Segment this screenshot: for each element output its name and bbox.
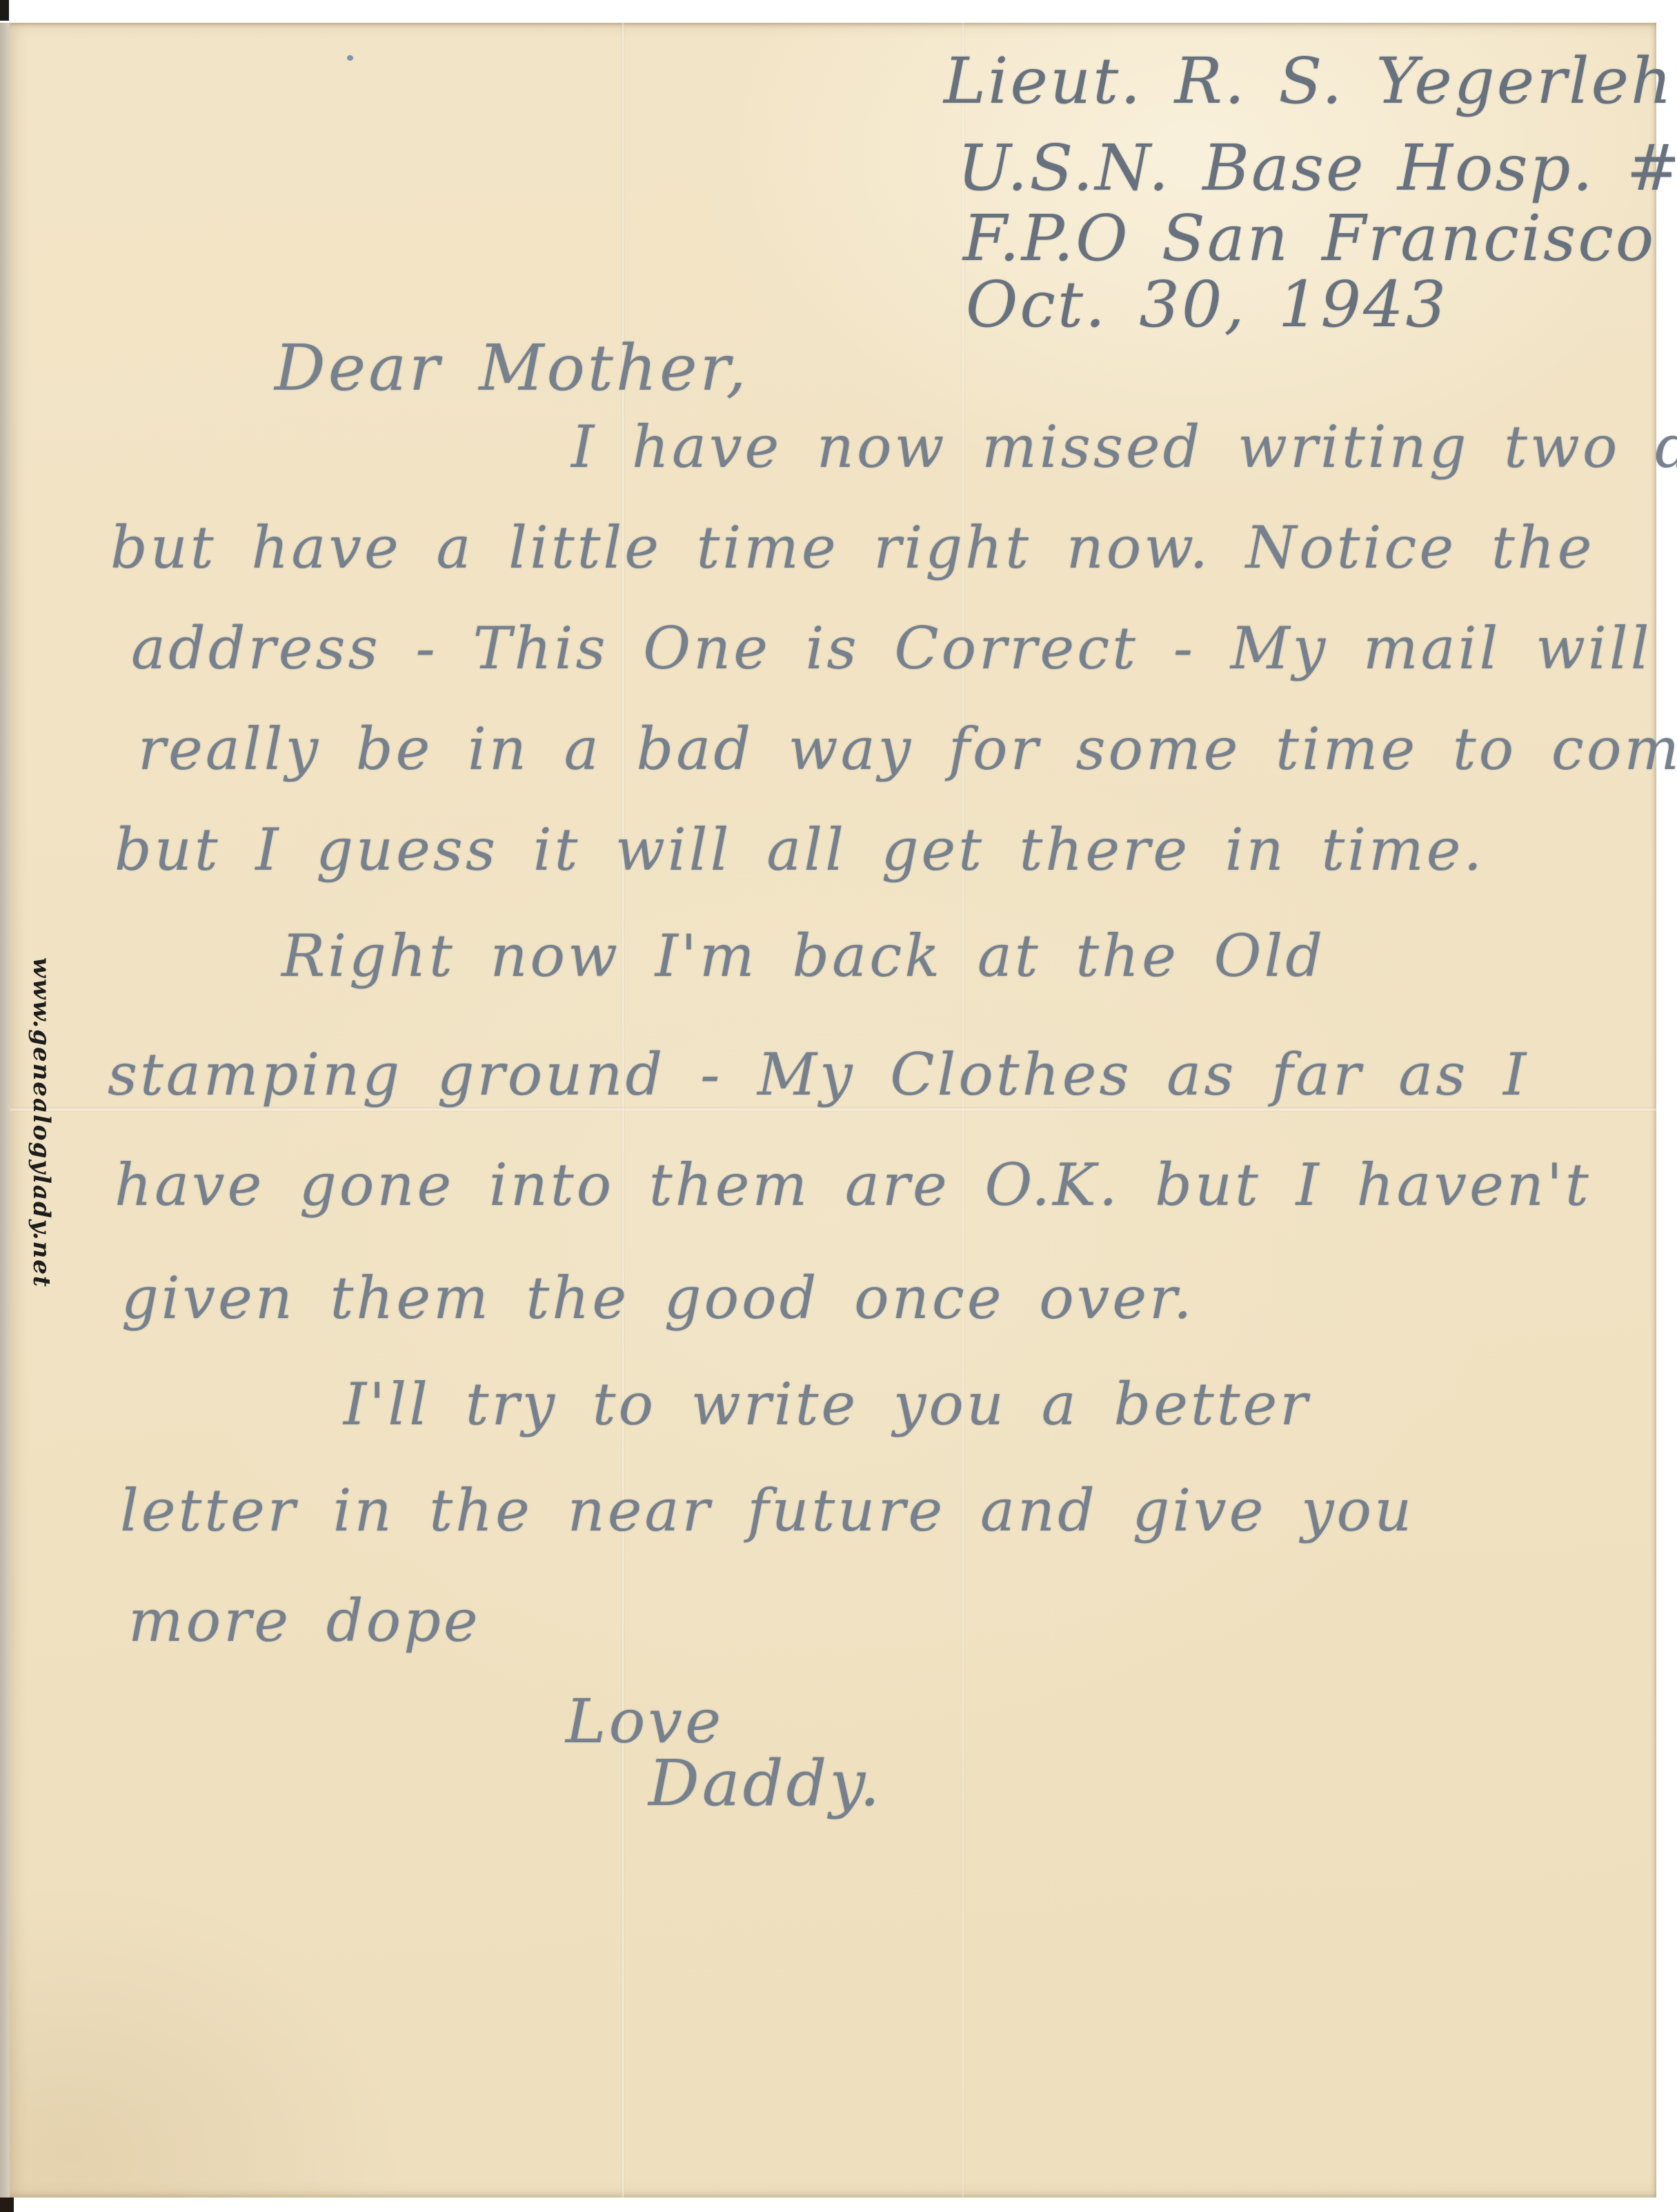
header-location-line: F.P.O San Francisco Calif. xyxy=(963,207,1677,270)
letter-paper xyxy=(3,23,1656,2198)
header-sender-line: Lieut. R. S. Yegerlehner USNR xyxy=(944,50,1677,113)
handwriting-line-3: address - This One is Correct - My mail … xyxy=(131,619,1652,677)
ink-speck xyxy=(347,55,353,61)
header-unit-line: U.S.N. Base Hosp. #4 xyxy=(957,137,1677,200)
handwriting-line-8: have gone into them are O.K. but I haven… xyxy=(115,1156,1591,1214)
signature: Daddy. xyxy=(648,1752,882,1815)
scanner-artifact-bottom-left xyxy=(0,2198,14,2212)
header-date-line: Oct. 30, 1943 xyxy=(966,273,1448,337)
scanner-artifact-top-left xyxy=(0,0,9,21)
handwriting-line-7: stamping ground - My Clothes as far as I xyxy=(108,1046,1529,1104)
handwriting-line-9: given them the good once over. xyxy=(121,1269,1195,1327)
handwriting-line-1: I have now missed writing two days xyxy=(571,418,1677,476)
salutation: Dear Mother, xyxy=(275,337,749,400)
handwriting-line-5: but I guess it will all get there in tim… xyxy=(115,821,1485,879)
valediction: Love xyxy=(566,1691,724,1752)
handwriting-line-10: I'll try to write you a better xyxy=(344,1375,1310,1433)
handwriting-line-4: really be in a bad way for some time to … xyxy=(138,720,1677,778)
watermark-text: www.genealogylady.net xyxy=(28,957,55,1288)
handwriting-line-6: Right now I'm back at the Old xyxy=(281,927,1325,985)
letter-scan: www.genealogylady.net Lieut. R. S. Yeger… xyxy=(0,0,1677,2212)
handwriting-line-2: but have a little time right now. Notice… xyxy=(110,519,1594,577)
paper-left-edge-shadow xyxy=(0,23,10,2198)
handwriting-line-11: letter in the near future and give you xyxy=(120,1482,1414,1540)
handwriting-line-12: more dope xyxy=(128,1592,481,1650)
